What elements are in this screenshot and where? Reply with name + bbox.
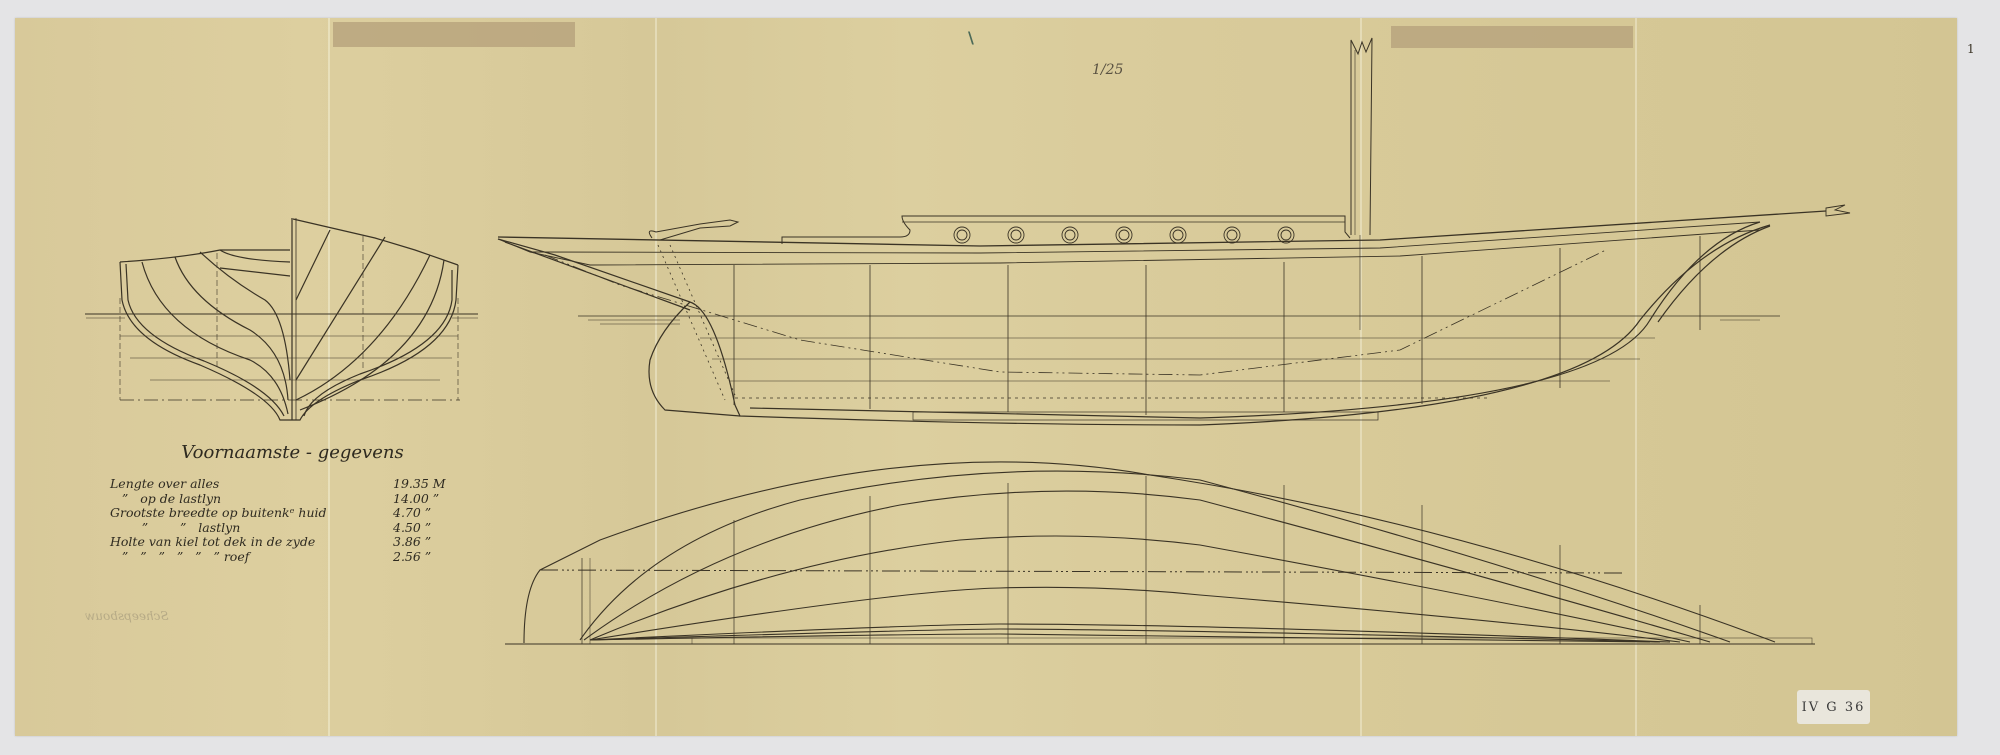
spec-label: ” ” lastlyn — [110, 521, 240, 536]
spec-label: Holte van kiel tot dek in de zyde — [110, 535, 315, 550]
spec-value: 4.70 ” — [393, 506, 455, 521]
spec-row: Grootste breedte op buitenkᵉ huid 4.70 ” — [110, 506, 455, 521]
spec-value: 3.86 ” — [393, 535, 455, 550]
spec-label: Grootste breedte op buitenkᵉ huid — [110, 506, 327, 521]
specs-title: Voornaamste - gegevens — [110, 442, 455, 463]
lines-plan-drawing — [0, 0, 2000, 755]
spec-value: 4.50 ” — [393, 521, 455, 536]
green-mark: \ — [968, 28, 974, 47]
archive-label: IV G 36 — [1797, 690, 1870, 724]
spec-value: 14.00 ” — [393, 492, 455, 507]
spec-value: 2.56 ” — [393, 550, 455, 565]
half-breadth-plan — [505, 462, 1815, 644]
faded-stamp: Scheepsbouw — [85, 609, 169, 623]
sheer-profile — [498, 38, 1850, 425]
scale-note: 1/25 — [1092, 62, 1123, 78]
spec-row: ” op de lastlyn 14.00 ” — [110, 492, 455, 507]
spec-label: Lengte over alles — [110, 477, 219, 492]
principal-dimensions-table: Voornaamste - gegevens Lengte over alles… — [110, 442, 455, 564]
spec-row: Holte van kiel tot dek in de zyde 3.86 ” — [110, 535, 455, 550]
spec-label: ” op de lastlyn — [110, 492, 221, 507]
spec-row: ” ” lastlyn 4.50 ” — [110, 521, 455, 536]
spec-row: Lengte over alles 19.35 M — [110, 477, 455, 492]
spec-label: ” ” ” ” ” ” roef — [110, 550, 249, 565]
sheet-number: 1 — [1967, 42, 1975, 56]
porthole-row — [954, 227, 1294, 243]
spec-value: 19.35 M — [393, 477, 455, 492]
spec-row: ” ” ” ” ” ” roef 2.56 ” — [110, 550, 455, 565]
body-plan — [85, 218, 478, 420]
